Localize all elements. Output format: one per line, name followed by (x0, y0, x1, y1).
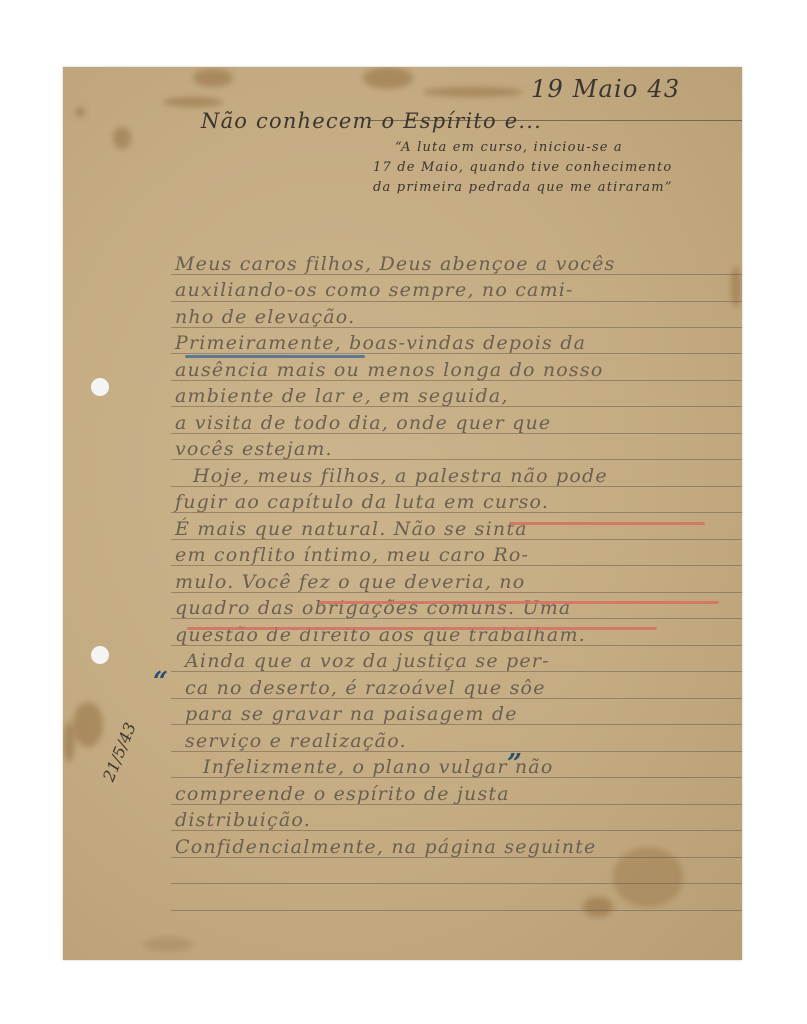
body-line: Meus caros filhos, Deus abençoe a vocês (175, 253, 616, 275)
red-underline (509, 522, 705, 525)
quote-note-line: da primeira pedrada que me atiraram” (373, 179, 673, 197)
stain (363, 67, 413, 89)
body-line: ambiente de lar e, em seguida, (175, 385, 509, 407)
hole-punch (91, 646, 109, 664)
letter-page: 19 Maio 43 Não conhecem o Espírito e... … (63, 67, 742, 960)
red-underline (319, 601, 719, 604)
quote-note-line: “A luta em curso, iniciou-se a (395, 139, 623, 157)
date-header: 19 Maio 43 (531, 75, 680, 103)
stain (613, 847, 683, 907)
body-line: É mais que natural. Não se sinta (175, 518, 528, 540)
body-line: ca no deserto, é razoável que sôe (185, 677, 546, 699)
page-title: Não conhecem o Espírito e... (201, 109, 542, 133)
stain (163, 97, 223, 107)
hole-punch (91, 378, 109, 396)
body-line: Hoje, meus filhos, a palestra não pode (193, 465, 608, 487)
body-line: ausência mais ou menos longa do nosso (175, 359, 603, 381)
open-quote-mark: “ (153, 667, 168, 697)
stain (193, 69, 233, 87)
body-line: fugir ao capítulo da luta em curso. (175, 491, 549, 513)
body-line: mulo. Você fez o que deveria, no (175, 571, 525, 593)
ruled-line (171, 883, 742, 884)
stain (583, 897, 613, 917)
blue-underline (185, 355, 365, 358)
stain (75, 107, 85, 117)
body-line: distribuição. (175, 809, 311, 831)
body-line: Confidencialmente, na página seguinte (175, 836, 596, 858)
ruled-line (171, 301, 742, 302)
margin-date: 21/5/43 (99, 720, 140, 784)
body-line: vocês estejam. (175, 438, 333, 460)
body-line: Ainda que a voz da justiça se per- (185, 650, 550, 672)
red-underline (187, 627, 657, 630)
body-line: em conflito íntimo, meu caro Ro- (175, 544, 529, 566)
stain (113, 127, 131, 149)
body-line: a visita de todo dia, onde quer que (175, 412, 551, 434)
body-line: nho de elevação. (175, 306, 355, 328)
body-line: Infelizmente, o plano vulgar não (203, 756, 553, 778)
close-quote-mark: ” (507, 749, 522, 779)
stain (423, 87, 523, 97)
stain (63, 722, 75, 762)
stain (143, 937, 193, 952)
body-line: auxiliando-os como sempre, no cami- (175, 279, 574, 301)
ruled-line (171, 910, 742, 911)
body-line: Primeiramente, boas-vindas depois da (175, 332, 586, 354)
body-line: compreende o espírito de justa (175, 783, 510, 805)
body-line: para se gravar na paisagem de (185, 703, 518, 725)
body-line: serviço e realização. (185, 730, 407, 752)
quote-note-line: 17 de Maio, quando tive conhecimento (373, 159, 672, 177)
stain (73, 702, 103, 747)
